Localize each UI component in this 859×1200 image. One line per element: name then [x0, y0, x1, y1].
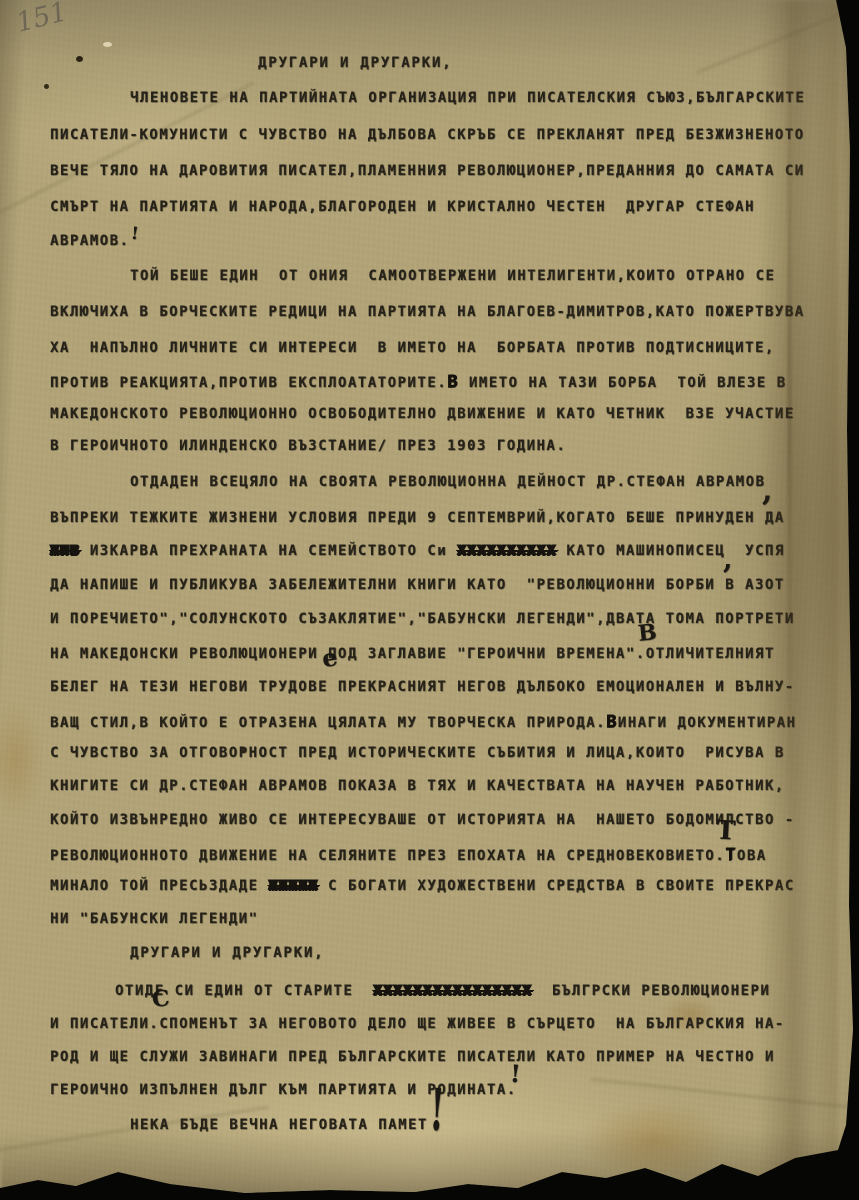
typed-text: НА МАКЕДОНСКИ РЕВОЛЮЦИОНЕРИ ПОД ЗАГЛАВИЕ… [50, 646, 775, 662]
typed-line: КОЙТО ИЗВЪНРЕДНО ЖИВО СЕ ИНТЕРЕСУВАШЕ ОТ… [50, 812, 795, 828]
ink-correction: Т [725, 845, 737, 865]
typed-text: ВКЛЮЧИХА В БОРЧЕСКИТЕ РЕДИЦИ НА ПАРТИЯТА… [50, 304, 805, 320]
struck-out-text: ХХХХХХХХХХХХХХХХ [373, 983, 532, 999]
ink-comma: , [723, 546, 732, 573]
typed-line: ДА НАПИШЕ И ПУБЛИКУВА ЗАБЕЛЕЖИТЕЛНИ КНИГ… [50, 577, 785, 593]
typed-line: КНИГИТЕ СИ ДР.СТЕФАН АВРАМОВ ПОКАЗА В ТЯ… [50, 778, 785, 794]
typed-line: ПИСАТЕЛИ-КОМУНИСТИ С ЧУВСТВО НА ДЪЛБОВА … [50, 127, 805, 143]
typed-line: НИ "БАБУНСКИ ЛЕГЕНДИ" [50, 911, 259, 927]
ink-correction: В [447, 372, 459, 392]
typed-text: И ПОРЕЧИЕТО","СОЛУНСКОТО СЪЗАКЛЯТИЕ","БА… [50, 611, 795, 627]
typed-line: СМЪРТ НА ПАРТИЯТА И НАРОДА,БЛАГОРОДЕН И … [50, 199, 755, 215]
paper-crease [696, 4, 859, 74]
typed-text: ВЕЧЕ ТЯЛО НА ДАРОВИТИЯ ПИСАТЕЛ,ПЛАМЕННИЯ… [50, 163, 805, 179]
typed-line: ЖИВ ИЗКАРВА ПРЕХРАНАТА НА СЕМЕЙСТВОТО Си… [50, 543, 785, 559]
typed-line: ВЕЧЕ ТЯЛО НА ДАРОВИТИЯ ПИСАТЕЛ,ПЛАМЕННИЯ… [50, 163, 805, 179]
typed-line: С ЧУВСТВО ЗА ОТГОВОРНОСТ ПРЕД ИСТОРИЧЕСК… [50, 745, 785, 761]
typed-text: ВЪПРЕКИ ТЕЖКИТЕ ЖИЗНЕНИ УСЛОВИЯ ПРЕДИ 9 … [50, 510, 785, 526]
ink-exclamation: ! [429, 1081, 446, 1139]
typed-text: ДА НАПИШЕ И ПУБЛИКУВА ЗАБЕЛЕЖИТЕЛНИ КНИГ… [50, 577, 785, 593]
ink-correction-letter: е [320, 645, 338, 671]
struck-out-text: ЖИВ [50, 543, 80, 559]
typed-text: И ПИСАТЕЛИ.СПОМЕНЪТ ЗА НЕГОВОТО ДЕЛО ЩЕ … [50, 1016, 785, 1032]
typed-text: ИМЕТО НА ТАЗИ БОРБА ТОЙ ВЛЕЗЕ В [459, 375, 787, 391]
typed-line: ПРОТИВ РЕАКЦИЯТА,ПРОТИВ ЕКСПЛОАТАТОРИТЕ.… [50, 372, 787, 392]
typed-text: ТОЙ БЕШЕ ЕДИН ОТ ОНИЯ САМООТВЕРЖЕНИ ИНТЕ… [130, 268, 775, 284]
typed-text: БЕЛЕГ НА ТЕЗИ НЕГОВИ ТРУДОВЕ ПРЕКРАСНИЯТ… [50, 679, 795, 695]
paper-speck [44, 84, 49, 89]
typed-text: АВРАМОВ. [50, 233, 129, 249]
typed-line: ЧЛЕНОВЕТЕ НА ПАРТИЙНАТА ОРГАНИЗАЦИЯ ПРИ … [130, 90, 805, 106]
paper-stain [580, 1100, 730, 1180]
typed-text: ВАЩ СТИЛ,В КОЙТО Е ОТРАЗЕНА ЦЯЛАТА МУ ТВ… [50, 715, 606, 731]
typed-line: РЕВОЛЮЦИОННОТО ДВИЖЕНИЕ НА СЕЛЯНИТЕ ПРЕЗ… [50, 845, 767, 865]
ink-mark: ! [130, 226, 139, 244]
paper-speck [103, 42, 112, 47]
paper-speck [76, 56, 83, 62]
typed-line: ТОЙ БЕШЕ ЕДИН ОТ ОНИЯ САМООТВЕРЖЕНИ ИНТЕ… [130, 268, 775, 284]
typed-text: НИ "БАБУНСКИ ЛЕГЕНДИ" [50, 911, 259, 927]
typed-text: ИЗКАРВА ПРЕХРАНАТА НА СЕМЕЙСТВОТО Си [80, 543, 457, 559]
typed-text: РЕВОЛЮЦИОННОТО ДВИЖЕНИЕ НА СЕЛЯНИТЕ ПРЕЗ… [50, 848, 725, 864]
typed-text: ПИСАТЕЛИ-КОМУНИСТИ С ЧУВСТВО НА ДЪЛБОВА … [50, 127, 805, 143]
typed-text: РОД И ЩЕ СЛУЖИ ЗАВИНАГИ ПРЕД БЪЛГАРСКИТЕ… [50, 1049, 775, 1065]
typed-line: В ГЕРОИЧНОТО ИЛИНДЕНСКО ВЪЗСТАНИЕ/ ПРЕЗ … [50, 438, 566, 454]
typed-text: В ГЕРОИЧНОТО ИЛИНДЕНСКО ВЪЗСТАНИЕ/ ПРЕЗ … [50, 438, 566, 454]
typed-text: С ЧУВСТВО ЗА ОТГОВОРНОСТ ПРЕД ИСТОРИЧЕСК… [50, 745, 785, 761]
typed-text: ОТДАДЕН ВСЕЦЯЛО НА СВОЯТА РЕВОЛЮЦИОННА Д… [130, 474, 765, 490]
typed-line: МИНАЛО ТОЙ ПРЕСЬЗДАДЕ ЖЖЖЖЖ С БОГАТИ ХУД… [50, 878, 795, 894]
typed-line: ХА НАПЪЛНО ЛИЧНИТЕ СИ ИНТЕРЕСИ В ИМЕТО Н… [50, 340, 775, 356]
typed-line: И ПОРЕЧИЕТО","СОЛУНСКОТО СЪЗАКЛЯТИЕ","БА… [50, 611, 795, 627]
scanned-document: ДРУГАРИ И ДРУГАРКИ,ЧЛЕНОВЕТЕ НА ПАРТИЙНА… [0, 0, 859, 1200]
typed-text: МИНАЛО ТОЙ ПРЕСЬЗДАДЕ [50, 878, 268, 894]
ink-correction: В [606, 712, 618, 732]
typed-text: ДРУГАРИ И ДРУГАРКИ, [258, 55, 452, 71]
document-page: ДРУГАРИ И ДРУГАРКИ,ЧЛЕНОВЕТЕ НА ПАРТИЙНА… [0, 0, 859, 1200]
paper-crease [788, 0, 791, 1200]
typed-line: РОД И ЩЕ СЛУЖИ ЗАВИНАГИ ПРЕД БЪЛГАРСКИТЕ… [50, 1049, 775, 1065]
typed-text: С БОГАТИ ХУДОЖЕСТВЕНИ СРЕДСТВА В СВОИТЕ … [318, 878, 795, 894]
paper-crease [591, 1078, 850, 1108]
typed-text: СМЪРТ НА ПАРТИЯТА И НАРОДА,БЛАГОРОДЕН И … [50, 199, 755, 215]
ink-correction-letter: Т [715, 818, 736, 845]
typed-line: ОТИДЕ СИ ЕДИН ОТ СТАРИТЕ ХХХХХХХХХХХХХХХ… [115, 983, 770, 999]
typed-line: ВАЩ СТИЛ,В КОЙТО Е ОТРАЗЕНА ЦЯЛАТА МУ ТВ… [50, 712, 796, 732]
ink-mark: ! [509, 1062, 521, 1087]
typed-line: ГЕРОИЧНО ИЗПЪЛНЕН ДЪЛГ КЪМ ПАРТИЯТА И РО… [50, 1082, 517, 1098]
typed-text: МАКЕДОНСКОТО РЕВОЛЮЦИОННО ОСВОБОДИТЕЛНО … [50, 406, 795, 422]
typed-text: ИНАГИ ДОКУМЕНТИРАН [618, 715, 797, 731]
typed-line: МАКЕДОНСКОТО РЕВОЛЮЦИОННО ОСВОБОДИТЕЛНО … [50, 406, 795, 422]
typed-line: И ПИСАТЕЛИ.СПОМЕНЪТ ЗА НЕГОВОТО ДЕЛО ЩЕ … [50, 1016, 785, 1032]
typed-line: АВРАМОВ. [50, 233, 129, 249]
typed-line: ОТДАДЕН ВСЕЦЯЛО НА СВОЯТА РЕВОЛЮЦИОННА Д… [130, 474, 765, 490]
typed-text: КОЙТО ИЗВЪНРЕДНО ЖИВО СЕ ИНТЕРЕСУВАШЕ ОТ… [50, 812, 795, 828]
ink-correction-letter: В [637, 621, 658, 645]
typed-text: ХА НАПЪЛНО ЛИЧНИТЕ СИ ИНТЕРЕСИ В ИМЕТО Н… [50, 340, 775, 356]
typed-text: КАТО МАШИНОПИСЕЦ УСПЯ [556, 543, 784, 559]
paper-stain [0, 700, 45, 820]
typed-text: ОВА [737, 848, 767, 864]
typed-text: ДРУГАРИ И ДРУГАРКИ, [130, 945, 324, 961]
typed-text: БЪЛГРСКИ РЕВОЛЮЦИОНЕРИ [532, 983, 770, 999]
struck-out-text: ХХХХХХХХХХ [457, 543, 556, 559]
typed-line: БЕЛЕГ НА ТЕЗИ НЕГОВИ ТРУДОВЕ ПРЕКРАСНИЯТ… [50, 679, 795, 695]
typed-text: НЕКА БЪДЕ ВЕЧНА НЕГОВАТА ПАМЕТ [130, 1117, 428, 1133]
typed-line: ВЪПРЕКИ ТЕЖКИТЕ ЖИЗНЕНИ УСЛОВИЯ ПРЕДИ 9 … [50, 510, 785, 526]
typed-line: НА МАКЕДОНСКИ РЕВОЛЮЦИОНЕРИ ПОД ЗАГЛАВИЕ… [50, 646, 775, 662]
typed-text: ЧЛЕНОВЕТЕ НА ПАРТИЙНАТА ОРГАНИЗАЦИЯ ПРИ … [130, 90, 805, 106]
struck-out-text: ЖЖЖЖЖ [268, 878, 318, 894]
typed-line: НЕКА БЪДЕ ВЕЧНА НЕГОВАТА ПАМЕТ [130, 1117, 428, 1133]
salutation-line: ДРУГАРИ И ДРУГАРКИ, [258, 55, 452, 71]
ink-comma: , [762, 476, 772, 506]
ink-correction-letter: С [151, 987, 170, 1010]
typed-line: ВКЛЮЧИХА В БОРЧЕСКИТЕ РЕДИЦИ НА ПАРТИЯТА… [50, 304, 805, 320]
typed-text: ГЕРОИЧНО ИЗПЪЛНЕН ДЪЛГ КЪМ ПАРТИЯТА И РО… [50, 1082, 517, 1098]
typed-text: КНИГИТЕ СИ ДР.СТЕФАН АВРАМОВ ПОКАЗА В ТЯ… [50, 778, 785, 794]
salutation-line: ДРУГАРИ И ДРУГАРКИ, [130, 945, 324, 961]
typed-text: ПРОТИВ РЕАКЦИЯТА,ПРОТИВ ЕКСПЛОАТАТОРИТЕ. [50, 375, 447, 391]
page-number-pencil: 151 [13, 0, 70, 37]
